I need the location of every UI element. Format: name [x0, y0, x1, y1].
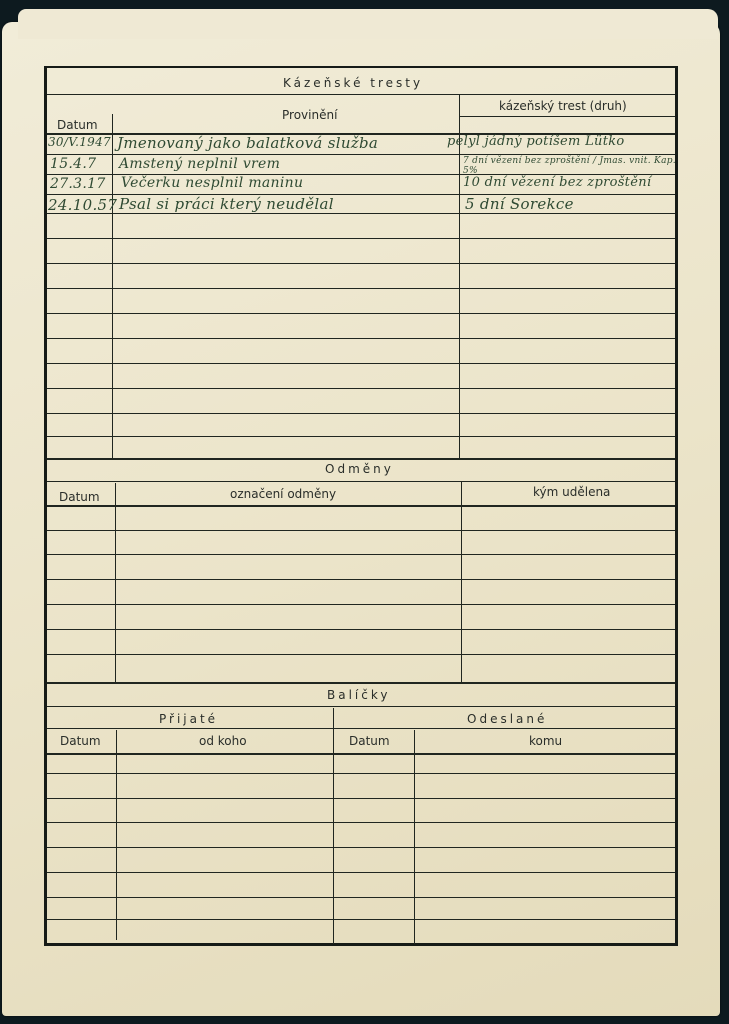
- row-2-provineni: Amstený neplnil vrem: [119, 156, 280, 172]
- row-4-provineni: Psal si práci který neudělal: [119, 195, 334, 213]
- row-4-trest: 5 dní Sorekce: [465, 195, 574, 213]
- column-header-datum: Datum: [57, 118, 98, 132]
- divider: [47, 706, 675, 707]
- column-divider: [116, 730, 117, 940]
- row-4-datum: 24.10.57: [48, 196, 117, 214]
- row-2-trest: 7 dní vězení bez zproštění / Jmas. vnit.…: [463, 156, 678, 176]
- column-divider: [461, 481, 462, 683]
- column-divider: [414, 730, 415, 944]
- row-1-datum: 30/V.1947: [48, 135, 111, 149]
- row-3-trest: 10 dní vězení bez zproštění: [463, 175, 651, 190]
- row-line: [47, 654, 675, 655]
- group-title-odeslane: Odeslané: [467, 712, 547, 726]
- section-title-tresty: Kázeňské tresty: [283, 76, 423, 90]
- divider: [459, 116, 675, 117]
- row-line: [47, 897, 675, 898]
- row-line: [47, 388, 675, 389]
- row-line: [47, 288, 675, 289]
- column-header-oznaceni: označení odměny: [230, 487, 336, 501]
- column-header-datum: Datum: [59, 490, 100, 504]
- column-header-od-koho: od koho: [199, 734, 247, 748]
- row-line: [47, 872, 675, 873]
- row-1-trest: pelyl jádný potíšem Lütko: [447, 134, 625, 149]
- row-line: [47, 238, 675, 239]
- section-divider: [47, 458, 675, 460]
- row-line: [47, 798, 675, 799]
- header-divider: [47, 505, 675, 507]
- row-line: [47, 363, 675, 364]
- record-form: Kázeňské tresty Provinění kázeňský trest…: [44, 66, 678, 946]
- column-divider: [333, 708, 334, 944]
- column-header-trest: kázeňský trest (druh): [499, 99, 627, 113]
- row-line: [47, 213, 675, 214]
- row-line: [47, 530, 675, 531]
- row-line: [47, 413, 675, 414]
- row-line: [47, 554, 675, 555]
- column-header-datum-prijate: Datum: [60, 734, 101, 748]
- row-line: [47, 919, 675, 920]
- section-divider: [47, 682, 675, 684]
- row-3-provineni: Večerku nesplnil maninu: [121, 175, 303, 191]
- row-line: [47, 579, 675, 580]
- row-line: [47, 263, 675, 264]
- column-header-datum-odeslane: Datum: [349, 734, 390, 748]
- paper-top-edge: [18, 9, 718, 39]
- column-divider: [112, 114, 113, 458]
- divider: [47, 481, 675, 482]
- row-line: [47, 822, 675, 823]
- row-line: [47, 313, 675, 314]
- row-line: [47, 154, 675, 155]
- row-line: [47, 847, 675, 848]
- column-header-kym: kým udělena: [533, 485, 610, 499]
- row-line: [47, 629, 675, 630]
- divider: [47, 94, 675, 95]
- row-line: [47, 436, 675, 437]
- row-line: [47, 773, 675, 774]
- row-3-datum: 27.3.17: [50, 176, 106, 192]
- group-title-prijate: Přijaté: [159, 712, 218, 726]
- divider: [47, 728, 675, 729]
- header-divider: [47, 753, 675, 755]
- column-header-komu: komu: [529, 734, 562, 748]
- column-divider: [115, 483, 116, 683]
- row-1-provineni: Jmenovaný jako balatková služba: [117, 134, 378, 152]
- row-2-datum: 15.4.7: [50, 156, 96, 172]
- section-title-odmeny: Odměny: [325, 462, 394, 476]
- column-header-provineni: Provinění: [282, 108, 337, 122]
- section-title-balicky: Balíčky: [327, 688, 390, 702]
- row-line: [47, 604, 675, 605]
- row-line: [47, 338, 675, 339]
